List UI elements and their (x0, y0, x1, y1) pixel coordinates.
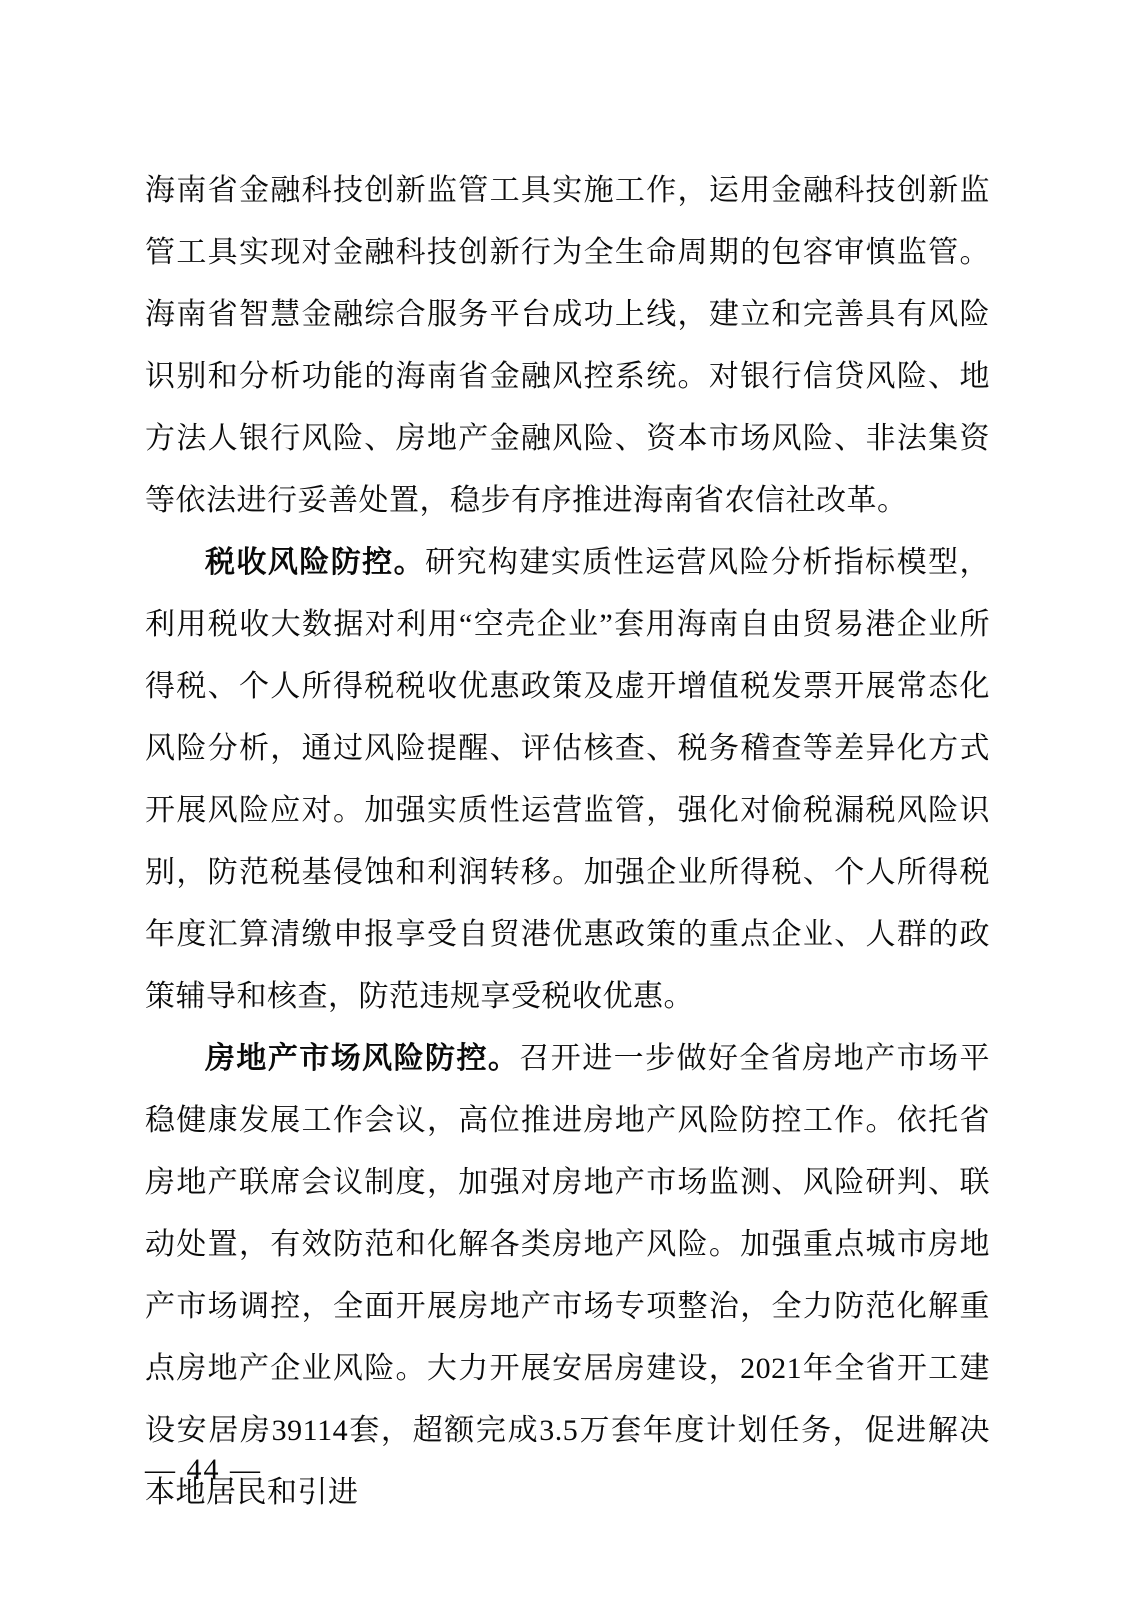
paragraph-finance-regulation: 海南省金融科技创新监管工具实施工作，运用金融科技创新监管工具实现对金融科技创新行… (145, 160, 990, 532)
paragraph-tax-risk-heading: 税收风险防控。 (205, 546, 425, 579)
document-page: 海南省金融科技创新监管工具实施工作，运用金融科技创新监管工具实现对金融科技创新行… (0, 0, 1138, 1600)
paragraph-finance-regulation-text: 海南省金融科技创新监管工具实施工作，运用金融科技创新监管工具实现对金融科技创新行… (145, 174, 990, 517)
document-body: 海南省金融科技创新监管工具实施工作，运用金融科技创新监管工具实现对金融科技创新行… (145, 160, 990, 1524)
paragraph-tax-risk: 税收风险防控。研究构建实质性运营风险分析指标模型，利用税收大数据对利用“空壳企业… (145, 532, 990, 1028)
paragraph-realestate-risk: 房地产市场风险防控。召开进一步做好全省房地产市场平稳健康发展工作会议，高位推进房… (145, 1028, 990, 1524)
paragraph-tax-risk-text: 研究构建实质性运营风险分析指标模型，利用税收大数据对利用“空壳企业”套用海南自由… (145, 546, 990, 1013)
paragraph-realestate-risk-text: 召开进一步做好全省房地产市场平稳健康发展工作会议，高位推进房地产风险防控工作。依… (145, 1042, 990, 1509)
paragraph-realestate-risk-heading: 房地产市场风险防控。 (205, 1042, 519, 1075)
page-number: — 44 — (145, 1450, 262, 1490)
